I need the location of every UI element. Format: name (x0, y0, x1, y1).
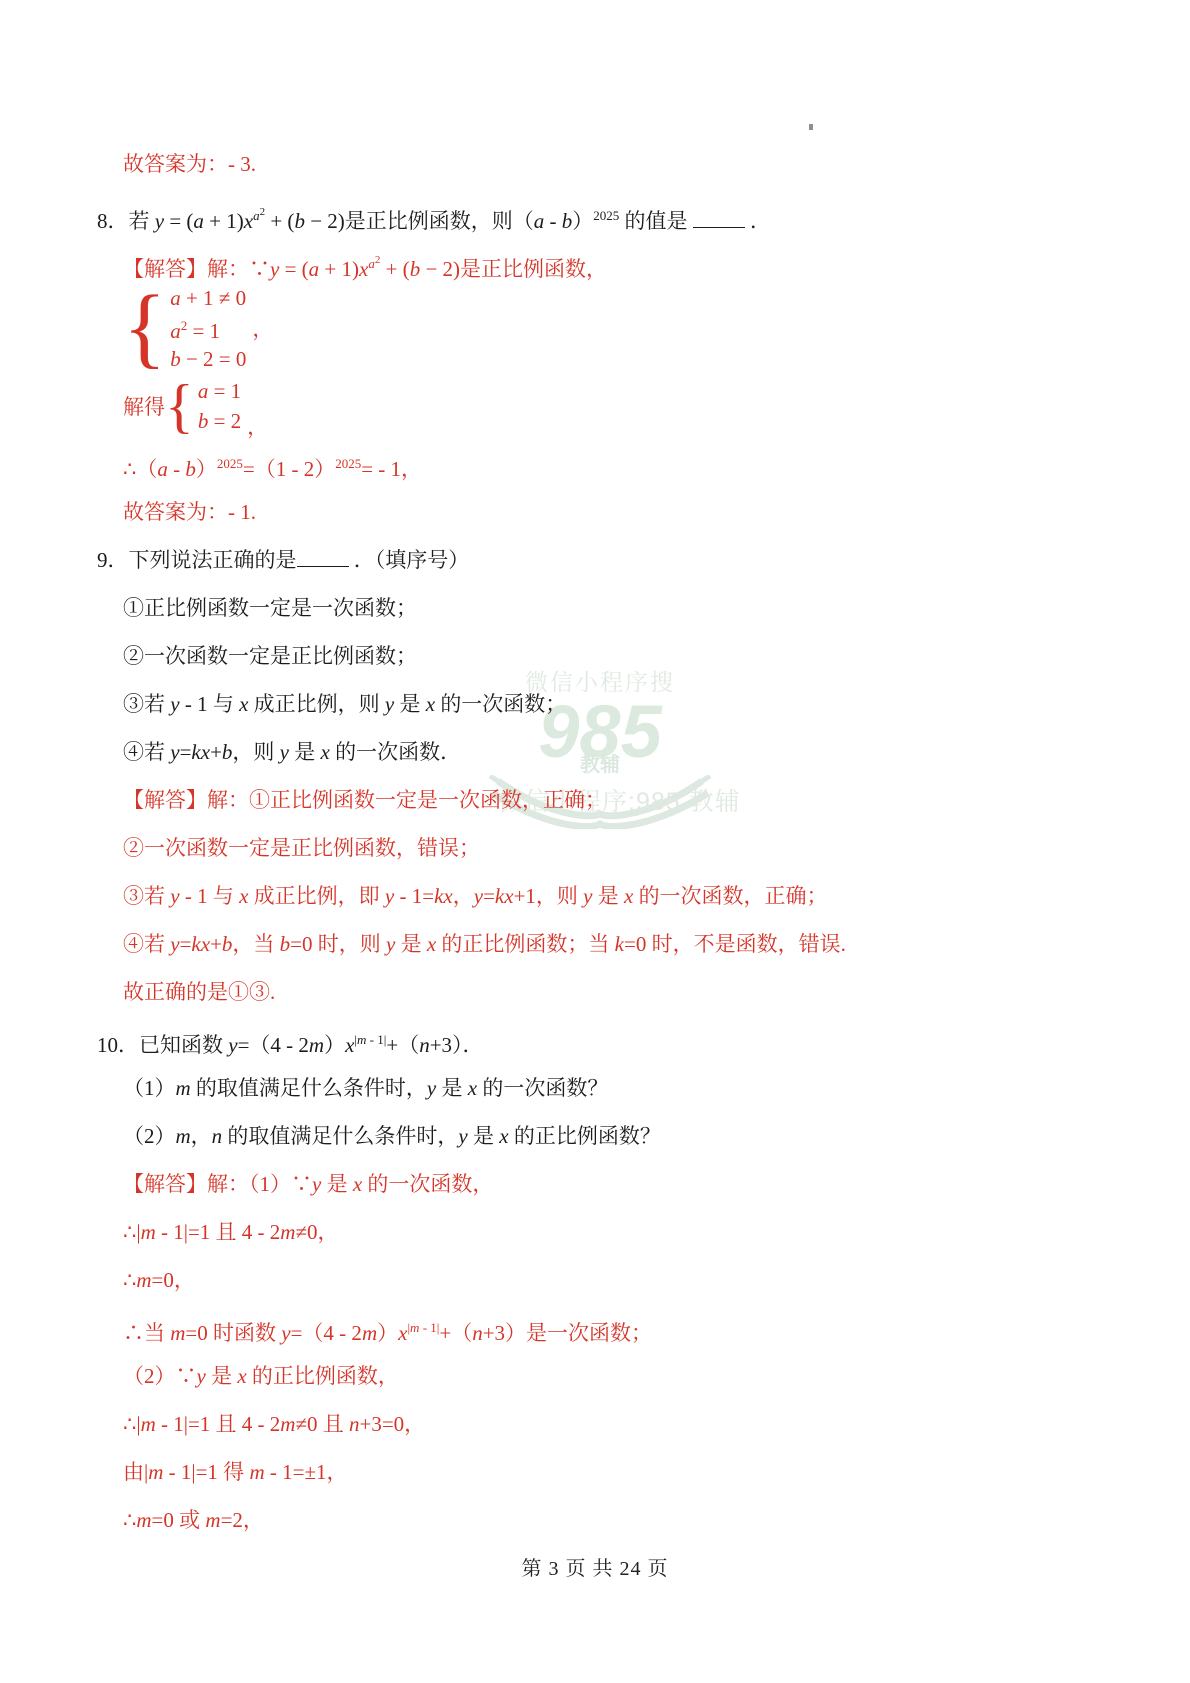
text-run: 是 (289, 740, 321, 764)
text-run: 是 (394, 692, 426, 716)
text-run: ∴（ (123, 457, 157, 481)
text-run: 10．已知函数 (97, 1033, 228, 1057)
q9-statement-2: ②一次函数一定是正比例函数； (0, 632, 1190, 680)
text-run: - (168, 457, 186, 481)
answer-blank (693, 206, 745, 228)
q10-part2-intro: （2）∵y 是 x 的正比例函数， (0, 1352, 1190, 1400)
text-run: 8．若 (97, 209, 155, 233)
text-run: =（4 - 2 (238, 1033, 309, 1057)
text-run: 【解答】解：①正比例函数一定是一次函数，正确； (123, 788, 606, 812)
text-run: = 1 (187, 319, 220, 343)
text-run: 的正比例函数？ (509, 1124, 661, 1148)
q8-conclusion: ∴（a - b）2025=（1 - 2）2025= - 1， (0, 440, 1190, 488)
text-run: ≠0 且 (295, 1412, 349, 1436)
text-run: =（4 - 2 (291, 1321, 362, 1345)
q10-step-1: ∴|m - 1|=1 且 4 - 2m≠0， (0, 1208, 1190, 1256)
text-run: ） (196, 457, 217, 481)
document-page: 微信小程序搜 985 教辅 微信小程序:985 教辅 故答案为：- 3.8．若 … (0, 0, 1190, 1683)
text-run: kx (495, 884, 514, 908)
text-run: m (362, 1321, 377, 1345)
text-run: m (148, 1460, 163, 1484)
text-run: + (210, 740, 222, 764)
text-run: − 2 = 0 (181, 347, 247, 371)
text-run: ． (745, 209, 771, 233)
text-run: =0 时函数 (185, 1321, 281, 1345)
text-run: − 2) (305, 209, 345, 233)
text-run: y (170, 932, 179, 956)
equation-row: b = 2 (198, 406, 241, 436)
text-run: b (410, 257, 421, 281)
text-run: b (198, 409, 209, 433)
text-run: +（ (386, 1033, 419, 1057)
text-run: n (419, 1033, 430, 1057)
text-run: - 1 与 (180, 884, 240, 908)
q10-step-2: ∴m=0， (0, 1256, 1190, 1304)
text-run: k (615, 932, 624, 956)
text-run: x (353, 1172, 362, 1196)
q10-step-4: ∴|m - 1|=1 且 4 - 2m≠0 且 n+3=0， (0, 1400, 1190, 1448)
question-9: 9．下列说法正确的是 ．（填序号） (0, 536, 1190, 584)
answer-blank (297, 545, 349, 567)
text-run: 是正比例函数， (460, 257, 607, 281)
text-run: + 1) (319, 257, 359, 281)
question-8: 8．若 y = (a + 1)xa2 + (b − 2)是正比例函数，则（a -… (0, 188, 1190, 236)
text-run: b (294, 209, 305, 233)
text-run: 的一次函数； (435, 692, 566, 716)
text-run: ， (191, 1124, 212, 1148)
text-run: x (499, 1124, 508, 1148)
question-10: 10．已知函数 y=（4 - 2m）x|m - 1|+（n+3）． (0, 1016, 1190, 1064)
page-footer: 第 3 页 共 24 页 (0, 1552, 1190, 1581)
text-run: 是 (206, 1364, 238, 1388)
text-run: x (427, 932, 436, 956)
text-run: y (170, 884, 179, 908)
text-run: y (280, 740, 289, 764)
text-run: 9．下列说法正确的是 (97, 548, 297, 572)
text-run: - 1|=1 且 4 - 2 (156, 1412, 281, 1436)
text-run: =0 时，不是函数，错误. (624, 932, 846, 956)
text-run: b (562, 209, 573, 233)
q9-statement-4: ④若 y=kx+b，则 y 是 x 的一次函数． (0, 728, 1190, 776)
text-run: m (280, 1220, 295, 1244)
text-run: kx (191, 932, 210, 956)
text-run: a (198, 379, 209, 403)
text-run: x (239, 884, 248, 908)
text-run: - 1 与 (180, 692, 240, 716)
text-run: 的取值满足什么条件时， (222, 1124, 458, 1148)
text-run: ②一次函数一定是正比例函数，错误； (123, 836, 480, 860)
text-run: x (426, 692, 435, 716)
text-run: 的一次函数． (330, 740, 461, 764)
text-run: 成正比例，即 (248, 884, 385, 908)
text-run: 故答案为： (123, 500, 228, 524)
text-run: = ( (164, 209, 193, 233)
text-run: ∴当 (123, 1321, 170, 1345)
text-run: m (309, 1033, 324, 1057)
text-run: ， (453, 884, 474, 908)
text-run: ∴ (123, 1508, 136, 1532)
text-run: y (427, 1076, 436, 1100)
text-run: ②一次函数一定是正比例函数； (123, 644, 417, 668)
text-run: a (170, 319, 181, 343)
q10-step-5: 由|m - 1|=1 得 m - 1=±1， (0, 1448, 1190, 1496)
text-run: m (357, 1032, 366, 1047)
text-run: y (155, 209, 164, 233)
text-run: n (212, 1124, 223, 1148)
text-run: - (544, 209, 562, 233)
text-run: ④若 (123, 740, 170, 764)
text-run: 是 (395, 932, 427, 956)
text-run: y (385, 884, 394, 908)
text-run: a (170, 286, 181, 310)
text-run: =0， (152, 1268, 195, 1292)
text-run: 是 (321, 1172, 353, 1196)
q9-statement-1: ①正比例函数一定是一次函数； (0, 584, 1190, 632)
text-run: ③若 (123, 884, 170, 908)
text-run: ） (377, 1321, 398, 1345)
text-run: m (141, 1220, 156, 1244)
system-suffix: ， (252, 313, 273, 343)
text-run: ，当 (232, 932, 279, 956)
text-run: 的一次函数，正确； (633, 884, 827, 908)
text-run: a (157, 457, 168, 481)
text-run: 的正比例函数；当 (436, 932, 615, 956)
text-run: ③若 (123, 692, 170, 716)
text-run: − 2) (420, 257, 460, 281)
text-run: m (176, 1124, 191, 1148)
text-run: = (180, 932, 192, 956)
text-run: x (359, 257, 368, 281)
text-run: b (170, 347, 181, 371)
text-run: ， (247, 415, 268, 439)
text-run: b (185, 457, 196, 481)
text-run: x (239, 692, 248, 716)
equation-rows: a = 1b = 2 (198, 376, 241, 436)
text-run: = (483, 884, 495, 908)
system-suffix: ， (247, 414, 268, 440)
text-run: m (136, 1268, 151, 1292)
text-run: y (474, 884, 483, 908)
text-run: - 3. (228, 152, 256, 176)
text-run: 故答案为： (123, 152, 228, 176)
q9-statement-3: ③若 y - 1 与 x 成正比例，则 y 是 x 的一次函数； (0, 680, 1190, 728)
text-run: ∴ (123, 1268, 136, 1292)
text-run: - 1= (394, 884, 434, 908)
text-run: a (534, 209, 545, 233)
text-run: 是正比例函数，则（ (345, 209, 534, 233)
text-run: ．（填序号） (349, 548, 470, 572)
q9-solution-1: 【解答】解：①正比例函数一定是一次函数，正确； (0, 776, 1190, 824)
text-run: y (270, 257, 279, 281)
equation-row: a2 = 1 (170, 312, 246, 345)
text-run: + ( (380, 257, 409, 281)
text-run: 的取值满足什么条件时， (191, 1076, 427, 1100)
text-run: y (197, 1364, 206, 1388)
text-run: （1） (123, 1076, 176, 1100)
text-run: =（1 - 2） (243, 457, 335, 481)
q9-solution-2: ②一次函数一定是正比例函数，错误； (0, 824, 1190, 872)
text-run: m (280, 1412, 295, 1436)
text-run: 的一次函数， (362, 1172, 493, 1196)
text-run: =0 或 (152, 1508, 206, 1532)
text-run: a (309, 257, 320, 281)
q8-solved-system: 解得{a = 1b = 2， (0, 372, 1190, 440)
text-run: 的值是 (619, 209, 693, 233)
text-run: m (170, 1321, 185, 1345)
q10-part-2: （2）m，n 的取值满足什么条件时，y 是 x 的正比例函数？ (0, 1112, 1190, 1160)
text-run: m (141, 1412, 156, 1436)
text-run: b (280, 932, 291, 956)
text-run: ） (324, 1033, 345, 1057)
text-run: b (222, 740, 233, 764)
text-run: x (244, 209, 253, 233)
text-run: +3=0， (360, 1412, 426, 1436)
text-run: y (228, 1033, 237, 1057)
text-run: ≠0， (295, 1220, 338, 1244)
text-run: +（ (439, 1321, 472, 1345)
text-run: =0 时，则 (290, 932, 386, 956)
text-run: = (180, 740, 192, 764)
text-run: y (170, 740, 179, 764)
document-body: 故答案为：- 3.8．若 y = (a + 1)xa2 + (b − 2)是正比… (0, 140, 1190, 1544)
text-run: ，则 (232, 740, 279, 764)
text-run: 是 (468, 1124, 500, 1148)
text-run: y (170, 692, 179, 716)
text-run: n (349, 1412, 360, 1436)
q8-solution-intro: 【解答】解：∵y = (a + 1)xa2 + (b − 2)是正比例函数， (0, 236, 1190, 284)
q8-system: {a + 1 ≠ 0a2 = 1b − 2 = 0， (0, 284, 1190, 372)
stray-dot (809, 124, 813, 130)
text-run: y (458, 1124, 467, 1148)
text-run: = - 1， (361, 457, 422, 481)
text-run: m (205, 1508, 220, 1532)
text-run: kx (434, 884, 453, 908)
text-run: - 1=±1， (265, 1460, 348, 1484)
text-run: y (281, 1321, 290, 1345)
text-run: 2025 (335, 456, 361, 471)
text-run: +3）． (430, 1033, 484, 1057)
text-run: m (136, 1508, 151, 1532)
q10-step-6: ∴m=0 或 m=2， (0, 1496, 1190, 1544)
text-run: 成正比例，则 (248, 692, 385, 716)
text-run: 【解答】解：（1）∵ (123, 1172, 312, 1196)
text-run: 的一次函数？ (477, 1076, 608, 1100)
text-run: 是 (592, 884, 624, 908)
q10-solution-intro: 【解答】解：（1）∵y 是 x 的一次函数， (0, 1160, 1190, 1208)
text-run: m (176, 1076, 191, 1100)
text-run: kx (191, 740, 210, 764)
text-run: x (624, 884, 633, 908)
text-run: 解得 (123, 391, 165, 421)
text-run: y (312, 1172, 321, 1196)
text-run: = ( (279, 257, 308, 281)
equation-rows: a + 1 ≠ 0a2 = 1b − 2 = 0 (170, 284, 246, 373)
text-run: - 1. (228, 500, 256, 524)
text-run: = 1 (208, 379, 241, 403)
text-run: - 1| (366, 1032, 386, 1047)
text-run: y (386, 932, 395, 956)
text-run: m (249, 1460, 264, 1484)
q10-step-3: ∴当 m=0 时函数 y=（4 - 2m）x|m - 1|+（n+3）是一次函数… (0, 1304, 1190, 1352)
q9-answer: 故正确的是①③. (0, 968, 1190, 1016)
text-run: = 2 (208, 409, 241, 433)
text-run: ， (252, 317, 273, 341)
system-brace: { (123, 285, 166, 371)
q9-solution-3: ③若 y - 1 与 x 成正比例，即 y - 1=kx，y=kx+1，则 y … (0, 872, 1190, 920)
text-run: ④若 (123, 932, 170, 956)
system-brace: { (165, 378, 194, 435)
text-run: - 1|=1 且 4 - 2 (156, 1220, 281, 1244)
text-run: =2， (221, 1508, 264, 1532)
equation-row: a = 1 (198, 376, 241, 406)
text-run: 故正确的是①③. (123, 980, 275, 1004)
text-run: 的正比例函数， (247, 1364, 399, 1388)
text-run: 2025 (217, 456, 243, 471)
text-run: 2025 (593, 208, 619, 223)
text-run: 由| (123, 1460, 148, 1484)
text-run: + ( (265, 209, 294, 233)
text-run: +1，则 (514, 884, 584, 908)
text-run: x (237, 1364, 246, 1388)
text-run: - 1| (419, 1320, 439, 1335)
text-run: （2）∵ (123, 1364, 197, 1388)
text-run: b (222, 932, 233, 956)
text-run: a (193, 209, 204, 233)
text-run: x (468, 1076, 477, 1100)
text-run: ∴| (123, 1220, 141, 1244)
text-run: + 1 ≠ 0 (181, 286, 246, 310)
text-run: 是 (436, 1076, 468, 1100)
q8-answer: 故答案为：- 1. (0, 488, 1190, 536)
text-run: - 1|=1 得 (163, 1460, 249, 1484)
text-run: （2） (123, 1124, 176, 1148)
text-run: ） (572, 209, 593, 233)
text-run: n (472, 1321, 483, 1345)
text-run: ①正比例函数一定是一次函数； (123, 596, 417, 620)
text-run: y (385, 692, 394, 716)
text-run: + (210, 932, 222, 956)
equation-row: a + 1 ≠ 0 (170, 284, 246, 312)
text-run: +3）是一次函数； (483, 1321, 652, 1345)
equation-row: b − 2 = 0 (170, 345, 246, 373)
text-run: x (321, 740, 330, 764)
text-run: + 1) (204, 209, 244, 233)
q7-answer: 故答案为：- 3. (0, 140, 1190, 188)
q10-part-1: （1）m 的取值满足什么条件时，y 是 x 的一次函数？ (0, 1064, 1190, 1112)
q9-solution-4: ④若 y=kx+b，当 b=0 时，则 y 是 x 的正比例函数；当 k=0 时… (0, 920, 1190, 968)
text-run: ∴| (123, 1412, 141, 1436)
